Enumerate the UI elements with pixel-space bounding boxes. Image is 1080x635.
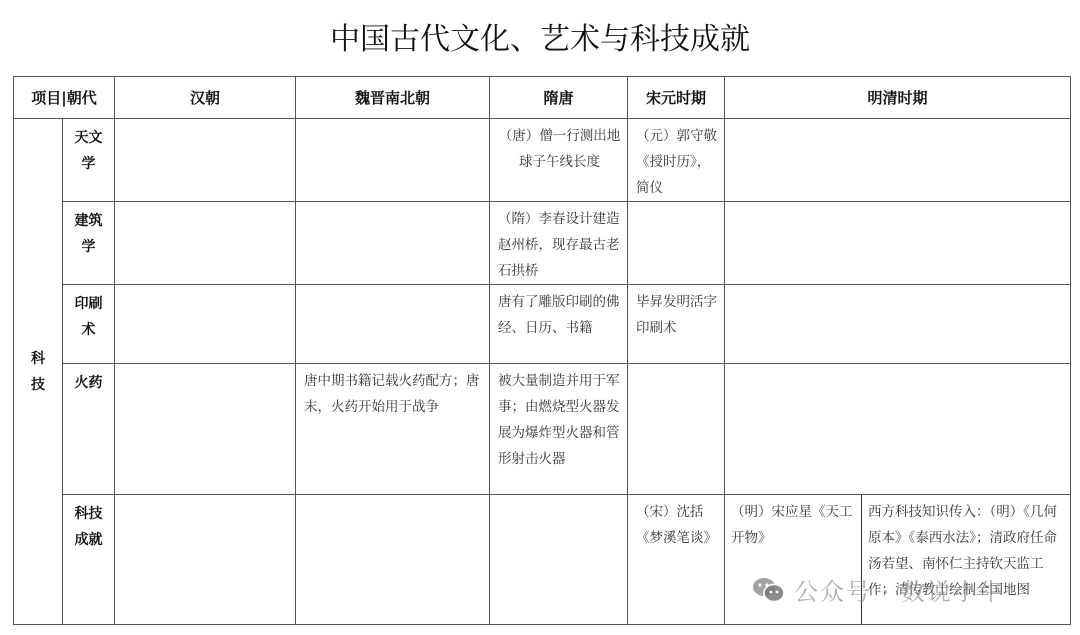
row-label-printing: 印刷 术 xyxy=(63,285,115,364)
cell-mingqing xyxy=(725,202,1071,285)
table-row-printing: 印刷 术 唐有了雕版印刷的佛经、日历、书籍 毕昇发明活字印刷术 xyxy=(14,285,1071,364)
cell-songyuan: （元）郭守敬《授时历》，简仪 xyxy=(628,119,725,202)
header-han: 汉朝 xyxy=(115,77,296,119)
cell-suitang: 被大量制造并用于军事；由燃烧型火器发展为爆炸型火器和管形射击火器 xyxy=(490,364,628,495)
header-songyuan: 宋元时期 xyxy=(628,77,725,119)
header-suitang: 隋唐 xyxy=(490,77,628,119)
cell-weijin xyxy=(296,285,490,364)
cell-mingqing xyxy=(725,285,1071,364)
cell-han xyxy=(115,364,296,495)
cell-mingqing xyxy=(725,364,1071,495)
cell-han xyxy=(115,202,296,285)
cell-mingqing: （明）宋应星《天工开物》 西方科技知识传入：（明）《几何原本》《泰西水法》；清政… xyxy=(725,495,1071,625)
header-weijin: 魏晋南北朝 xyxy=(296,77,490,119)
cell-suitang: （唐）僧一行测出地球子午线长度 xyxy=(490,119,628,202)
table-row-achievements: 科技 成就 （宋）沈括《梦溪笔谈》 （明）宋应星《天工开物》 西方科技知识传入：… xyxy=(14,495,1071,625)
row-label-astronomy: 天文 学 xyxy=(63,119,115,202)
cell-songyuan xyxy=(628,202,725,285)
cell-weijin xyxy=(296,119,490,202)
cell-han xyxy=(115,285,296,364)
header-row: 项目|朝代 汉朝 魏晋南北朝 隋唐 宋元时期 明清时期 xyxy=(14,77,1071,119)
category-cell: 科技 xyxy=(14,119,63,625)
cell-suitang: （隋）李春设计建造赵州桥，现存最古老石拱桥 xyxy=(490,202,628,285)
cell-mingqing-ming: （明）宋应星《天工开物》 xyxy=(725,495,862,624)
cell-songyuan: 毕昇发明活字印刷术 xyxy=(628,285,725,364)
table-row-architecture: 建筑 学 （隋）李春设计建造赵州桥，现存最古老石拱桥 xyxy=(14,202,1071,285)
cell-weijin: 唐中期书籍记载火药配方；唐末，火药开始用于战争 xyxy=(296,364,490,495)
cell-mingqing-western: 西方科技知识传入：（明）《几何原本》《泰西水法》；清政府任命汤若望、南怀仁主持钦… xyxy=(862,495,1070,624)
row-label-gunpowder: 火药 xyxy=(63,364,115,495)
table-row-gunpowder: 火药 唐中期书籍记载火药配方；唐末，火药开始用于战争 被大量制造并用于军事；由燃… xyxy=(14,364,1071,495)
row-label-architecture: 建筑 学 xyxy=(63,202,115,285)
cell-weijin xyxy=(296,202,490,285)
cell-han xyxy=(115,119,296,202)
cell-songyuan: （宋）沈括《梦溪笔谈》 xyxy=(628,495,725,625)
category-label: 科技 xyxy=(30,346,46,398)
row-label-achievements: 科技 成就 xyxy=(63,495,115,625)
cell-suitang xyxy=(490,495,628,625)
header-mingqing: 明清时期 xyxy=(725,77,1071,119)
header-item-dynasty: 项目|朝代 xyxy=(14,77,115,119)
achievements-table: 项目|朝代 汉朝 魏晋南北朝 隋唐 宋元时期 明清时期 科技 天文 学 （唐）僧… xyxy=(13,76,1071,625)
cell-weijin xyxy=(296,495,490,625)
cell-suitang: 唐有了雕版印刷的佛经、日历、书籍 xyxy=(490,285,628,364)
page-title: 中国古代文化、艺术与科技成就 xyxy=(0,14,1080,58)
cell-han xyxy=(115,495,296,625)
cell-songyuan xyxy=(628,364,725,495)
table-row-astronomy: 科技 天文 学 （唐）僧一行测出地球子午线长度 （元）郭守敬《授时历》，简仪 xyxy=(14,119,1071,202)
cell-mingqing xyxy=(725,119,1071,202)
